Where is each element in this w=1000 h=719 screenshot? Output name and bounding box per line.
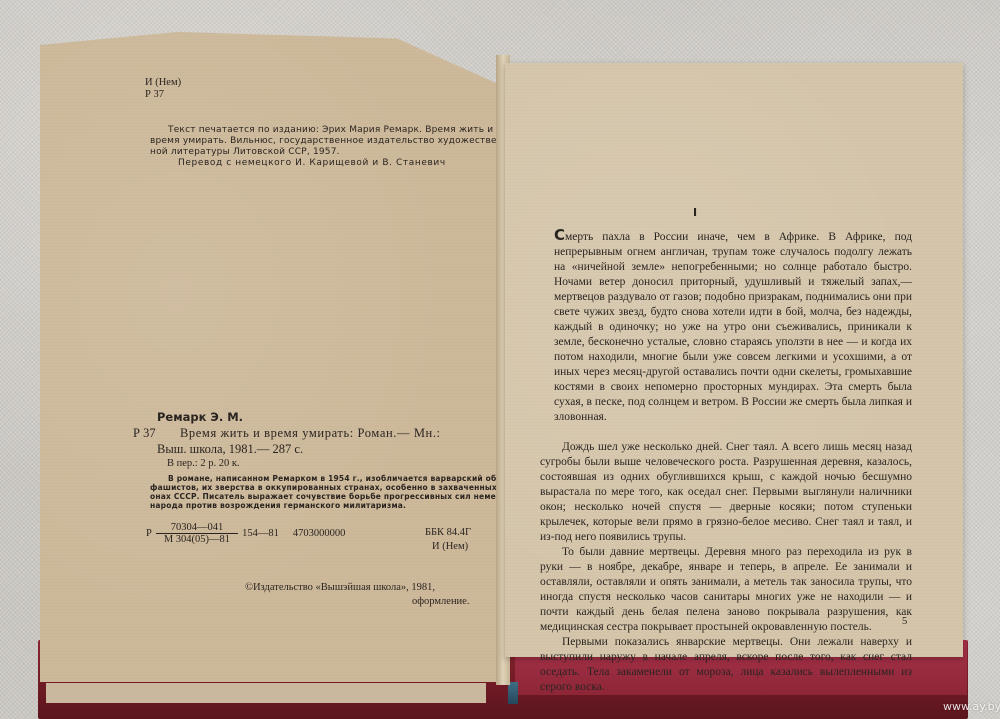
author-name: Ремарк Э. М. <box>157 410 243 424</box>
copyright-line: оформление. <box>412 596 469 608</box>
index-fraction: 70304—041 М 304(05)—81 <box>156 522 238 545</box>
index-suffix: 154—81 <box>242 528 279 539</box>
annotation-line: фашистов, их зверства в оккупированных с… <box>150 483 519 492</box>
bbk-subcode: И (Нем) <box>432 541 468 553</box>
edition-note-line: время умирать. Вильнюс, государственное … <box>150 136 506 146</box>
price: В пер.: 2 р. 20 к. <box>167 458 240 470</box>
catalog-code: Р 37 <box>133 426 156 441</box>
edition-note-line: ной литературы Литовской ССР, 1957. <box>150 147 340 157</box>
page-number: 5 <box>902 616 907 628</box>
top-code-catalog: Р 37 <box>145 89 164 101</box>
annotation-line: народа против возрождения германского ми… <box>150 501 406 510</box>
ribbon-bookmark <box>508 682 518 704</box>
paragraph-text: мерть пахла в России иначе, чем в Африке… <box>554 231 912 423</box>
watermark: www.ay.by <box>943 700 1000 713</box>
index-numerator: 70304—041 <box>156 522 238 534</box>
dropcap-letter: С <box>554 226 565 244</box>
chapter-number: I <box>693 206 697 219</box>
paragraph: Дождь шел уже несколько дней. Снег таял.… <box>540 440 912 545</box>
copyright-line: ©Издательство «Вышэйшая школа», 1981, <box>245 582 435 594</box>
publishing-index: Р 70304—041 М 304(05)—81 154—81 47030000… <box>146 522 345 545</box>
bbk-code: ББК 84.4Г <box>425 527 471 539</box>
title-line: Выш. школа, 1981.— 287 с. <box>157 442 303 457</box>
paragraph: Первыми показались январские мертвецы. О… <box>540 635 912 695</box>
title-line: Время жить и время умирать: Роман.— Мн.: <box>180 426 441 441</box>
top-code-language: И (Нем) <box>145 77 181 89</box>
paragraph: Смерть пахла в России иначе, чем в Африк… <box>554 228 912 425</box>
index-code: 4703000000 <box>293 528 346 539</box>
paragraph: То были давние мертвецы. Деревня много р… <box>540 545 912 635</box>
index-prefix: Р <box>146 528 152 539</box>
underlying-page-edge <box>46 683 486 703</box>
edition-note-line: Текст печатается по изданию: Эрих Мария … <box>168 125 493 135</box>
annotation-line: онах СССР. Писатель выражает сочувствие … <box>150 492 522 501</box>
translation-note: Перевод с немецкого И. Карищевой и В. Ст… <box>178 158 446 168</box>
index-denominator: М 304(05)—81 <box>156 534 238 545</box>
chapter-text: Смерть пахла в России иначе, чем в Африк… <box>540 228 912 695</box>
annotation-line: В романе, написанном Ремарком в 1954 г.,… <box>168 474 513 483</box>
